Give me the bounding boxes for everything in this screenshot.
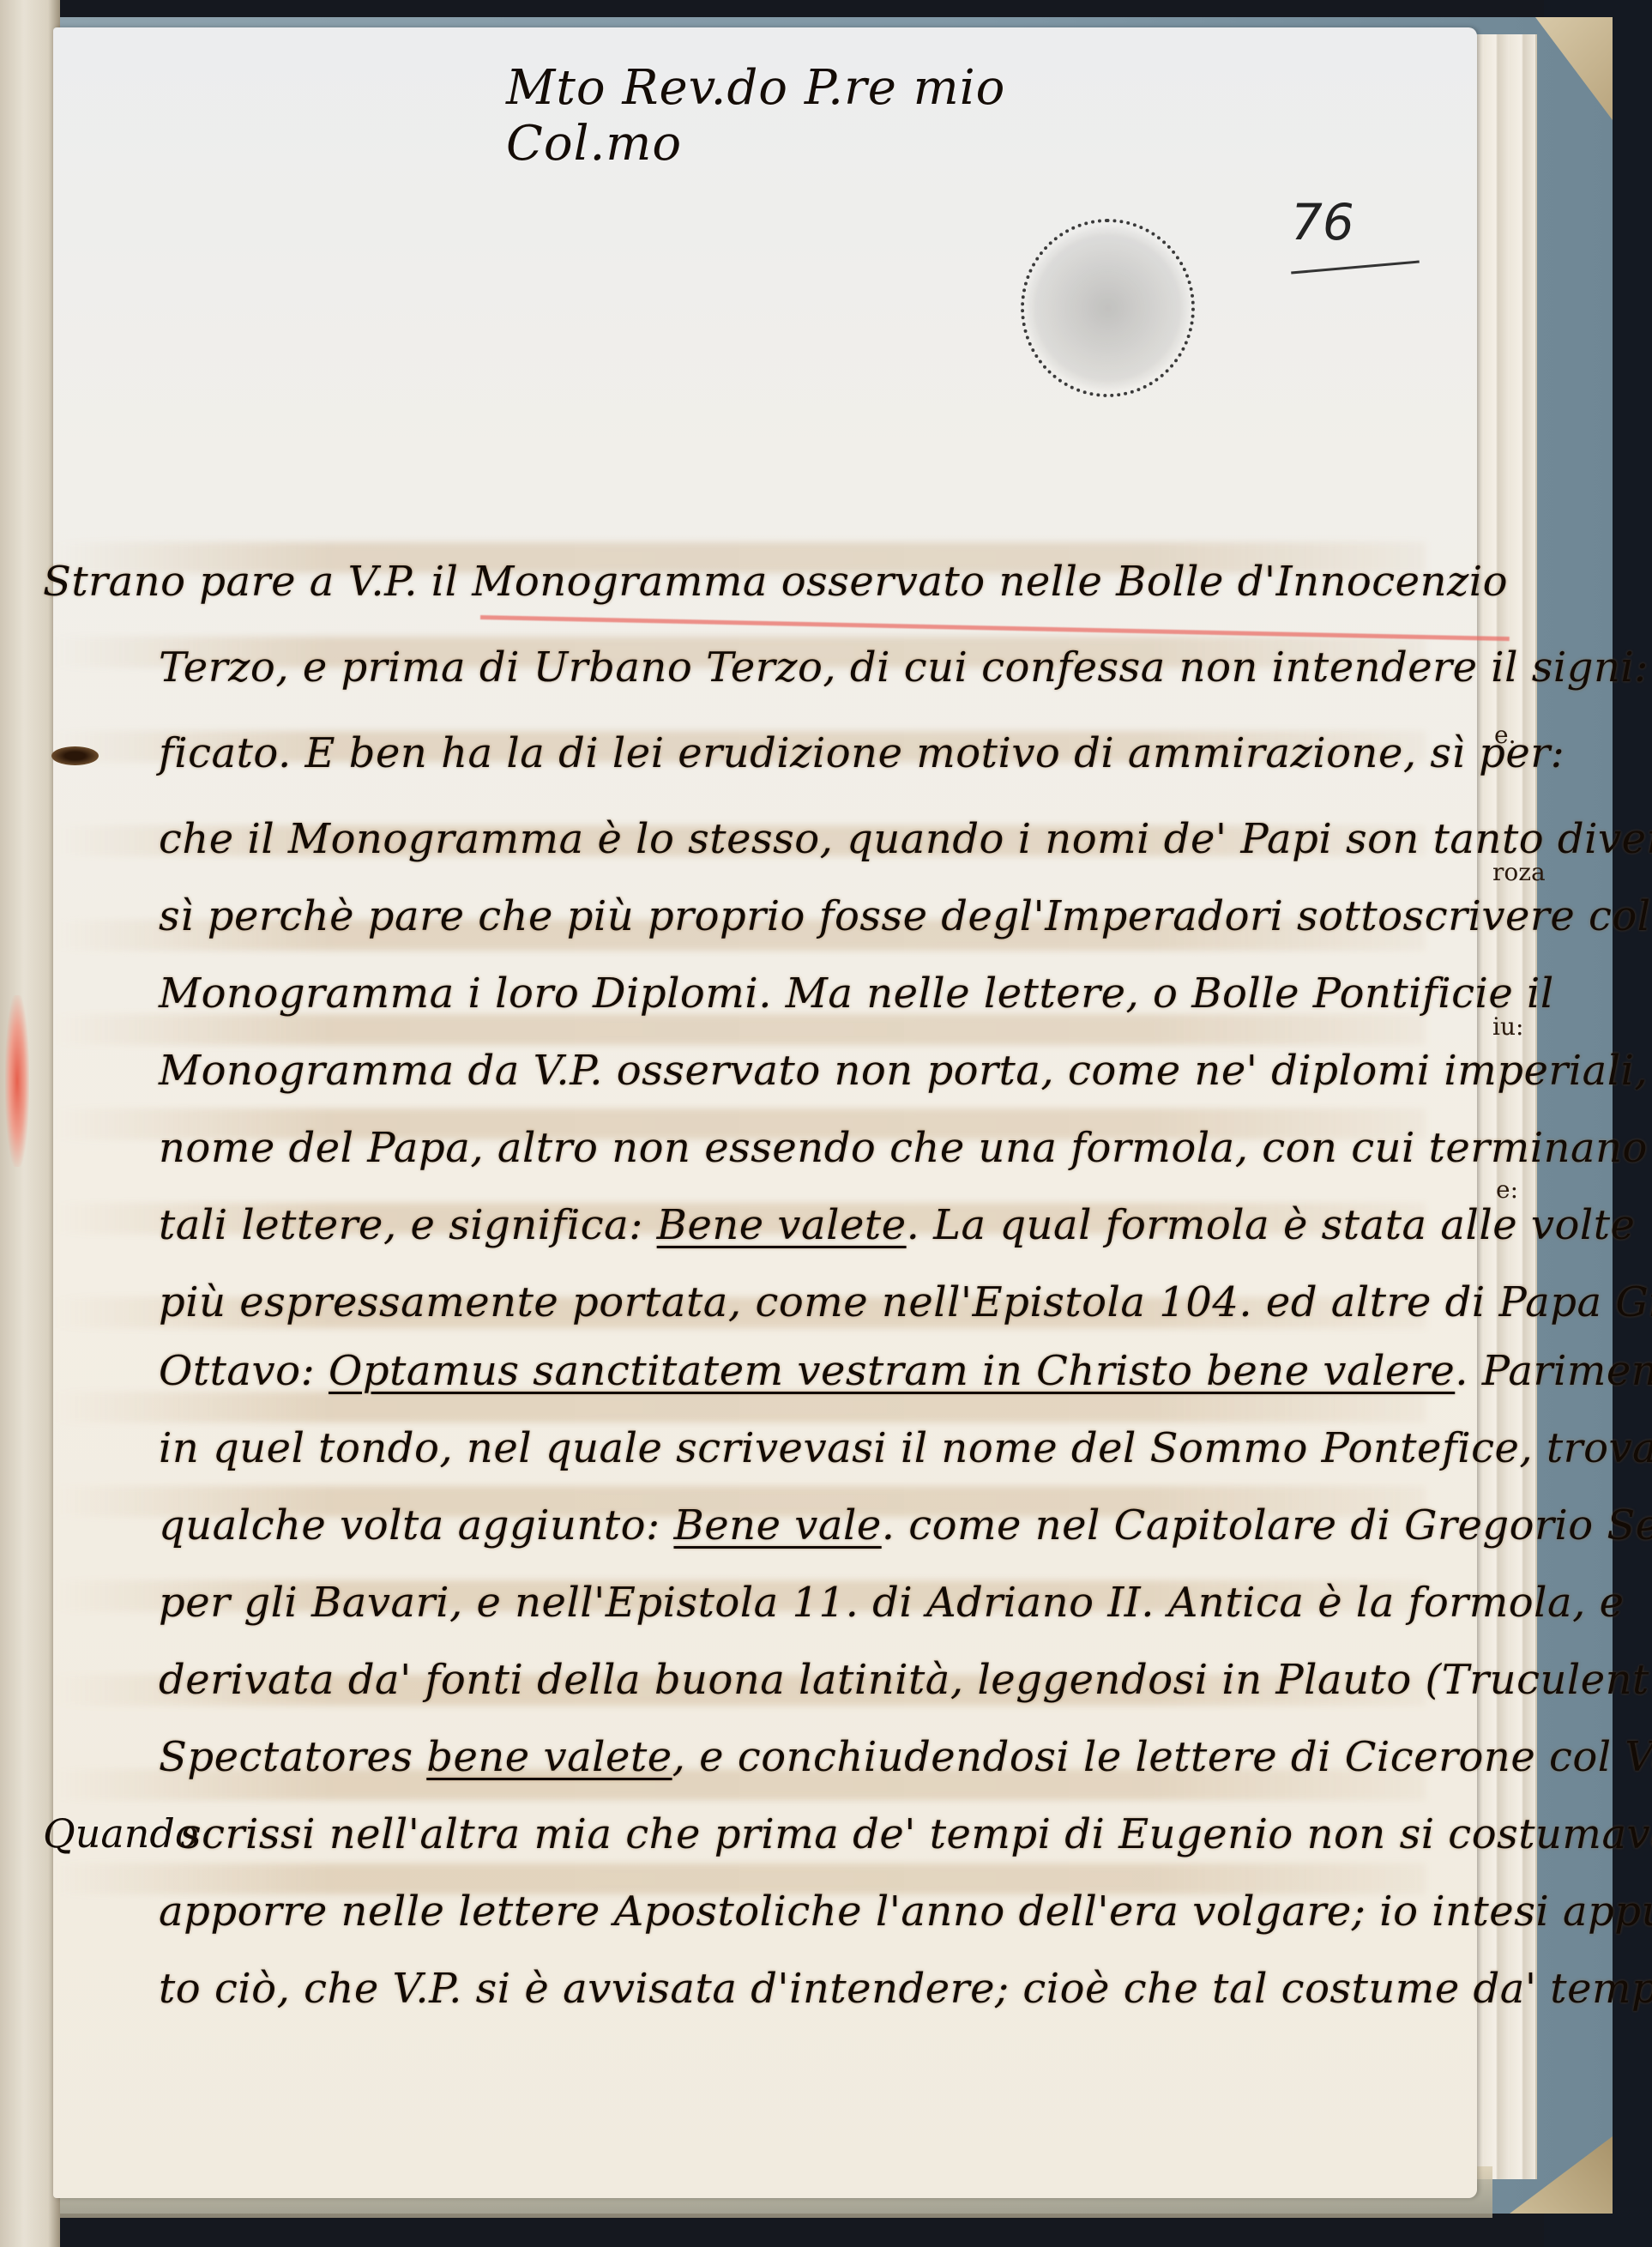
text-line: più espressamente portata, come nell'Epi… <box>159 1278 1652 1326</box>
underlined-phrase: Bene vale <box>673 1501 881 1549</box>
archive-stamp <box>1021 219 1195 397</box>
ink-bleed <box>53 1392 1426 1422</box>
margin-word: Quando <box>43 1810 199 1857</box>
underlined-phrase: Bene valete <box>657 1201 907 1249</box>
text-line: apporre nelle lettere Apostoliche l'anno… <box>159 1888 1652 1936</box>
text-line: Terzo, e prima di Urbano Terzo, di cui c… <box>159 643 1649 692</box>
text-line: derivata da' fonti della buona latinità,… <box>159 1656 1652 1704</box>
text-line: in quel tondo, nel quale scrivevasi il n… <box>159 1424 1652 1472</box>
salutation: Mto Rev.do P.re mio Col.mo <box>506 60 1106 172</box>
edge-fragment: e: <box>1496 1175 1518 1204</box>
underlined-phrase: bene valete <box>426 1733 672 1781</box>
ink-blot <box>51 746 99 765</box>
text-line: nome del Papa, altro non essendo che una… <box>159 1124 1648 1172</box>
text-line: Monogramma da V.P. osservato non porta, … <box>159 1047 1652 1095</box>
text-line: Spectatores bene valete, e conchiudendos… <box>159 1733 1652 1781</box>
text-line: to ciò, che V.P. si è avvisata d'intende… <box>159 1965 1652 2013</box>
text-line: Monogramma i loro Diplomi. Ma nelle lett… <box>159 969 1554 1018</box>
text-line: sì perchè pare che più proprio fosse deg… <box>159 892 1651 940</box>
text-line: ficato. E ben ha la di lei erudizione mo… <box>159 729 1565 777</box>
text-line: che il Monogramma è lo stesso, quando i … <box>159 815 1652 863</box>
text-line: Strano pare a V.P. il Monogramma osserva… <box>43 558 1508 606</box>
ink-bleed <box>53 1014 1426 1045</box>
text-line: Ottavo: Optamus sanctitatem vestram in C… <box>159 1347 1652 1395</box>
text-line: qualche volta aggiunto: Bene vale. come … <box>159 1501 1652 1549</box>
underlined-phrase: Optamus sanctitatem vestram in Christo b… <box>329 1347 1455 1395</box>
manuscript-page <box>53 27 1477 2198</box>
text-line: tali lettere, e significa: Bene valete. … <box>159 1201 1635 1249</box>
text-line: per gli Bavari, e nell'Epistola 11. di A… <box>159 1579 1625 1627</box>
red-stain <box>5 995 29 1167</box>
folio-number: 76 <box>1291 193 1354 251</box>
text-line: scrissi nell'altra mia che prima de' tem… <box>180 1810 1652 1858</box>
